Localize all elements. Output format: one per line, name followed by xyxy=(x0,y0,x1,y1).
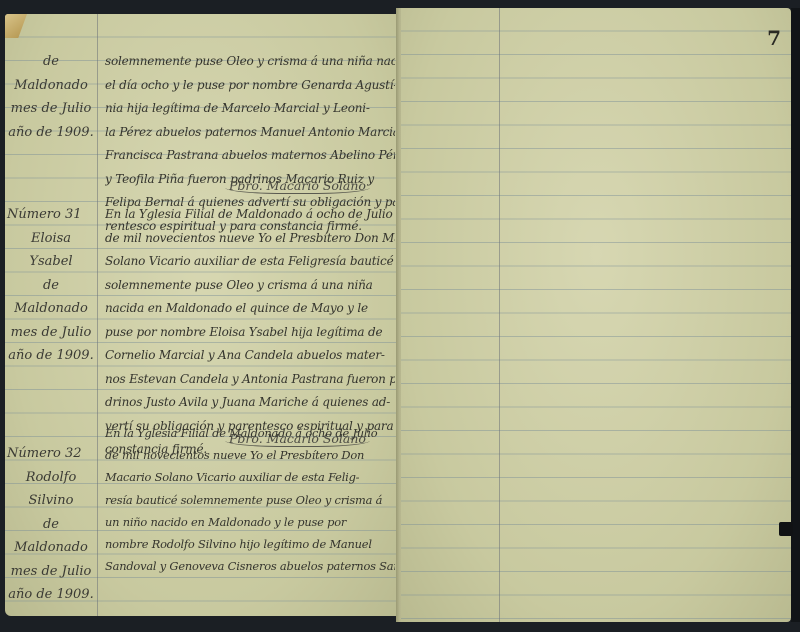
entry-line: un niño nacido en Maldonado y le puse po… xyxy=(105,511,395,533)
entry-line: nombre Rodolfo Silvino hijo legítimo de … xyxy=(105,533,395,555)
entry-body: En la Yglesia Filial de Maldonado á ocho… xyxy=(105,422,395,577)
entry-line: resía bauticé solemnemente puse Oleo y c… xyxy=(105,489,395,511)
entry-line: Sandoval y Genoveva Cisneros abuelos pat… xyxy=(105,555,395,577)
entry-line: de mil novecientos nueve Yo el Presbíter… xyxy=(105,444,395,466)
entry-line: Macario Solano Vicario auxiliar de esta … xyxy=(105,466,395,488)
text-overlay: En la Yglesia Filial de Maldonado á ocho… xyxy=(0,0,800,632)
entry-line: En la Yglesia Filial de Maldonado á ocho… xyxy=(105,422,395,444)
